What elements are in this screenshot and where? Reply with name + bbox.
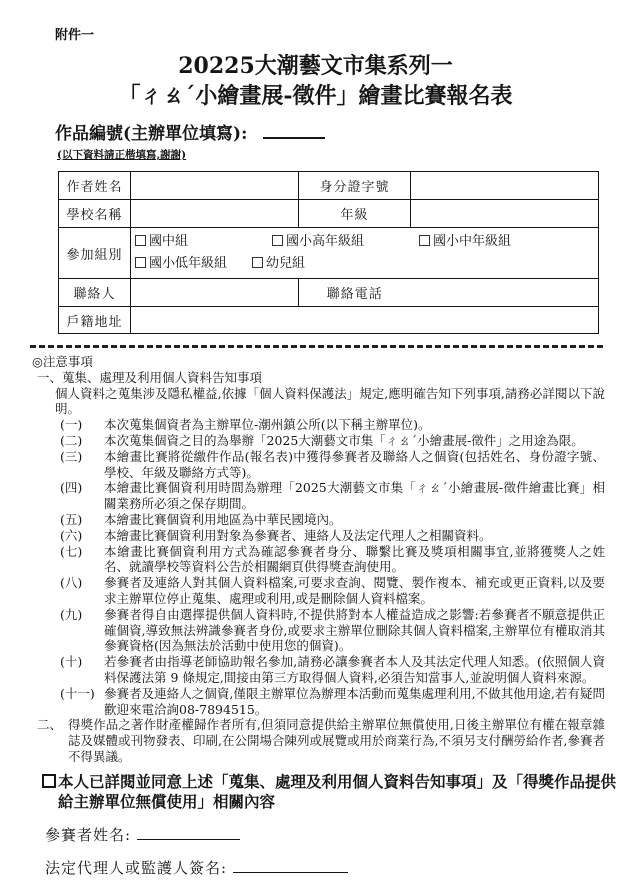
agreement-text: 本人已詳閱並同意上述「蒐集、處理及利用個人資料告知事項」及「得獎作品提供給主辦單…: [58, 772, 619, 812]
contact-person-field: [131, 279, 299, 307]
group-options-cell: 國中組國小高年級組國小中年級組 國小低年級組幼兒組: [131, 228, 599, 279]
note-subitem-6: (六)本繪畫比賽個資利用對象為參賽者、連絡人及法定代理人之相關資料。: [60, 528, 605, 544]
group-option-elementary-junior: 國小低年級組: [135, 253, 252, 275]
note-subitem-3: (三)本繪畫比賽將從繳件作品(報名表)中獲得參賽者及聯絡人之個資(包括姓名、身份…: [60, 449, 605, 481]
dashed-separator: [30, 345, 603, 348]
form-title-line2: 「ㄔㄠˊ小繪畫展-徵件」繪畫比賽報名表: [0, 81, 631, 111]
work-number-blank-line: [263, 126, 325, 139]
table-row: 參加組別 國中組國小高年級組國小中年級組 國小低年級組幼兒組: [59, 228, 599, 279]
note-subitem-11: (十一)參賽者及連絡人之個資,僅限主辦單位為辦理本活動而蒐集處理利用,不做其他用…: [60, 686, 605, 718]
author-name-field: [131, 172, 299, 200]
checkbox-icon: [252, 257, 263, 268]
work-number-row: 作品編號(主辦單位填寫):: [55, 124, 631, 144]
guardian-signature-blank-line: [233, 860, 348, 873]
note-subitem-5: (五)本繪畫比賽個資利用地區為中華民國境內。: [60, 512, 605, 528]
school-name-field: [131, 200, 299, 228]
note-subitem-9: (九)參賽者得自由選擇提供個人資料時,不提供將對本人權益造成之影響:若參賽者不願…: [60, 607, 605, 654]
group-options-line2: 國小低年級組幼兒組: [135, 253, 594, 275]
contact-person-label: 聯絡人: [59, 279, 131, 307]
group-label: 參加組別: [59, 228, 131, 279]
group-option-preschool: 幼兒組: [252, 253, 305, 275]
guardian-signature-row: 法定代理人或監護人簽名:: [45, 858, 631, 878]
checkbox-icon: [272, 235, 283, 246]
note-subitem-2: (二)本次蒐集個資之目的為舉辦「2025大潮藝文市集「ㄔㄠˊ小繪畫展-徵件」之用…: [60, 433, 605, 449]
note-subitem-10: (十)若參賽者由指導老師協助報名參加,請務必讓參賽者本人及其法定代理人知悉。(依…: [60, 654, 605, 686]
agreement-row: 本人已詳閱並同意上述「蒐集、處理及利用個人資料告知事項」及「得獎作品提供給主辦單…: [42, 772, 619, 812]
id-number-label: 身分證字號: [299, 172, 411, 200]
work-number-label: 作品編號(主辦單位填寫):: [55, 124, 247, 144]
notes-item1-intro: 個人資料之蒐集涉及隱私權益,依據「個人資料保護法」規定,應明確告知下列事項,請務…: [55, 386, 605, 418]
contact-phone-field: [411, 279, 599, 307]
applicant-info-table: 作者姓名 身分證字號 學校名稱 年級 參加組別 國中組國小高年級組國小中年級組 …: [58, 171, 599, 334]
grade-field: [411, 200, 599, 228]
participant-name-label: 參賽者姓名:: [45, 826, 131, 844]
notes-section: ◎注意事項 一、蒐集、處理及利用個人資料告知事項 個人資料之蒐集涉及隱私權益,依…: [32, 354, 605, 765]
grade-label: 年級: [299, 200, 411, 228]
attachment-label: 附件一: [55, 24, 631, 43]
id-number-field: [411, 172, 599, 200]
form-title-line1: 20225大潮藝文市集系列一: [0, 51, 631, 81]
table-row: 作者姓名 身分證字號: [59, 172, 599, 200]
group-options-line1: 國中組國小高年級組國小中年級組: [135, 231, 594, 253]
table-row: 聯絡人 聯絡電話: [59, 279, 599, 307]
group-option-elementary-senior: 國小高年級組: [272, 231, 419, 253]
participant-name-row: 參賽者姓名:: [45, 825, 631, 845]
participant-name-blank-line: [137, 827, 240, 840]
note-subitem-7: (七)本繪畫比賽個資利用方式為確認參賽者身分、聯繫比賽及獎項相關事宜,並將獲獎人…: [60, 544, 605, 576]
group-option-elementary-middle: 國小中年級組: [419, 231, 511, 253]
checkbox-icon: [135, 235, 146, 246]
table-row: 學校名稱 年級: [59, 200, 599, 228]
school-name-label: 學校名稱: [59, 200, 131, 228]
fill-note: (以下資料請正楷填寫,謝謝): [57, 147, 631, 162]
group-option-junior-high: 國中組: [135, 231, 272, 253]
guardian-signature-label: 法定代理人或監護人簽名:: [45, 859, 227, 877]
note-subitem-4: (四)本繪畫比賽個資利用時間為辦理「2025大潮藝文市集「ㄔㄠˊ小繪畫展-徵件繪…: [60, 480, 605, 512]
address-field: [131, 307, 599, 334]
note-subitem-8: (八)參賽者及連絡人對其個人資料檔案,可要求查詢、閱覽、製作複本、補充或更正資料…: [60, 575, 605, 607]
note-subitem-1: (一)本次蒐集個資者為主辦單位-潮州鎮公所(以下稱主辦單位)。: [60, 417, 605, 433]
checkbox-icon: [419, 235, 430, 246]
table-row: 戶籍地址: [59, 307, 599, 334]
notes-heading: ◎注意事項: [32, 354, 605, 370]
notes-item2: 二、得獎作品之著作財產權歸作者所有,但須同意提供給主辦單位無償使用,日後主辦單位…: [37, 717, 605, 764]
registration-form-page: 附件一 20225大潮藝文市集系列一 「ㄔㄠˊ小繪畫展-徵件」繪畫比賽報名表 作…: [0, 0, 631, 893]
checkbox-icon: [135, 257, 146, 268]
contact-phone-label: 聯絡電話: [299, 279, 411, 307]
notes-item1-heading: 一、蒐集、處理及利用個人資料告知事項: [37, 370, 605, 386]
agreement-checkbox-icon: [42, 774, 56, 788]
author-name-label: 作者姓名: [59, 172, 131, 200]
address-label: 戶籍地址: [59, 307, 131, 334]
